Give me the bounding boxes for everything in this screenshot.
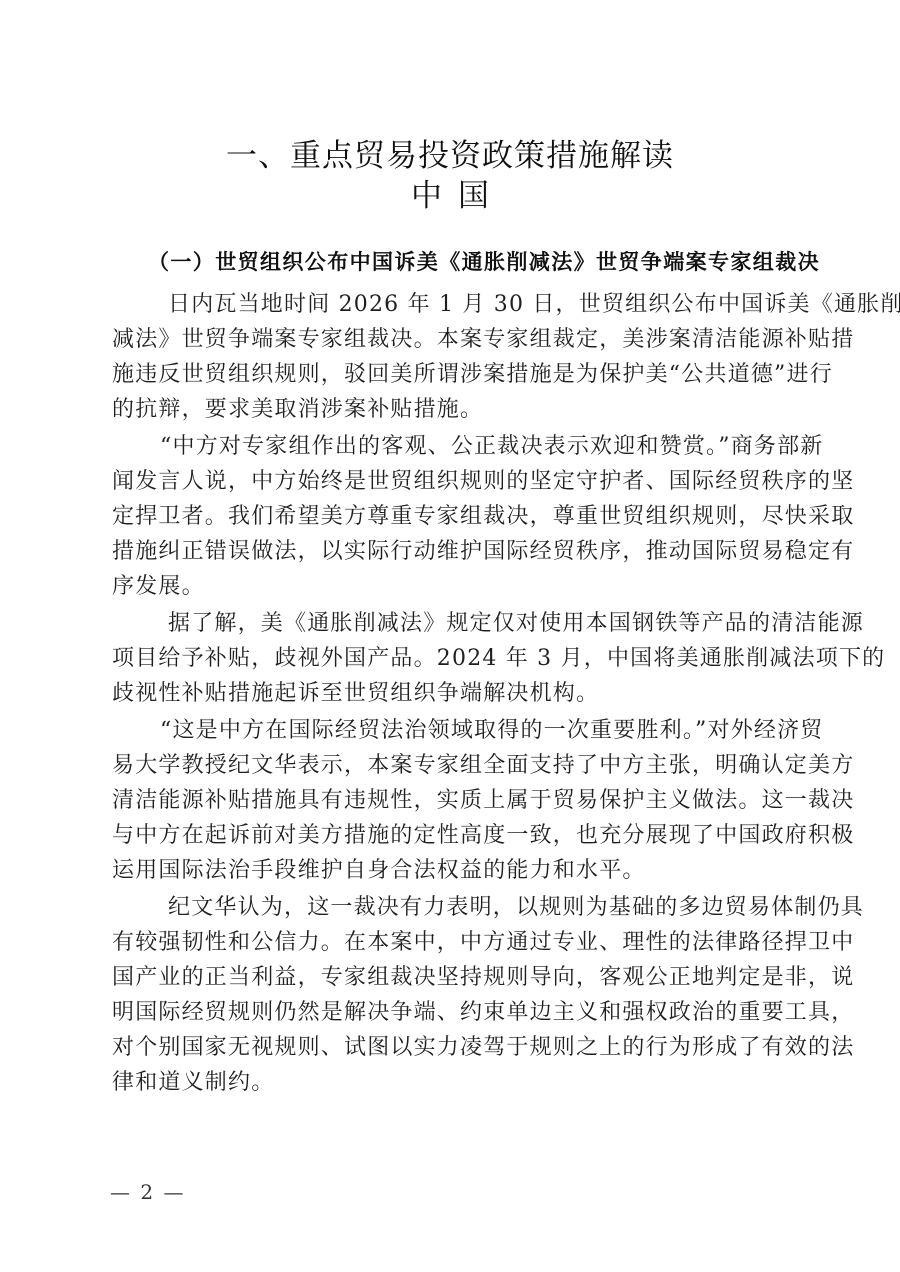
paragraph-line: 据了解，美《通胀削减法》规定仅对使用本国钢铁等产品的清洁能源 (112, 606, 802, 641)
subtitle-char: 中 (411, 178, 442, 214)
paragraph-line: 减法》世贸争端案专家组裁决。本案专家组裁定，美涉案清洁能源补贴措 (112, 322, 802, 357)
paragraph-line: 易大学教授纪文华表示，本案专家组全面支持了中方主张，明确认定美方 (112, 748, 802, 783)
paragraph-line: 施违反世贸组织规则，驳回美所谓涉案措施是为保护美“公共道德”进行 (112, 357, 802, 392)
paragraph-line: 纪文华认为，这一裁决有力表明，以规则为基础的多边贸易体制仍具 (112, 890, 802, 925)
paragraph-line: 运用国际法治手段维护自身合法权益的能力和水平。 (112, 853, 802, 888)
paragraph-line: 国产业的正当利益，专家组裁决坚持规则导向，客观公正地判定是非，说 (112, 960, 802, 995)
chapter-title: 一、重点贸易投资政策措施解读 (0, 138, 900, 174)
section-heading: （一）世贸组织公布中国诉美《通胀削减法》世贸争端案专家组裁决 (148, 247, 848, 277)
paragraph-line: 律和道义制约。 (112, 1065, 802, 1100)
paragraph-line: 日内瓦当地时间 2026 年 1 月 30 日，世贸组织公布中国诉美《通胀削 (112, 287, 802, 322)
paragraph-line: “这是中方在国际经贸法治领域取得的一次重要胜利。”对外经济贸 (112, 713, 802, 748)
paragraph-line: 的抗辩，要求美取消涉案补贴措施。 (112, 392, 802, 427)
paragraph-line: 明国际经贸规则仍然是解决争端、约束单边主义和强权政治的重要工具， (112, 995, 802, 1030)
paragraph-line: 闻发言人说，中方始终是世贸组织规则的坚定守护者、国际经贸秩序的坚 (112, 464, 802, 499)
subtitle-char: 国 (458, 178, 489, 214)
paragraph-line: 与中方在起诉前对美方措施的定性高度一致，也充分展现了中国政府积极 (112, 818, 802, 853)
paragraph-line: “中方对专家组作出的客观、公正裁决表示欢迎和赞赏。”商务部新 (112, 429, 802, 464)
document-page: 一、重点贸易投资政策措施解读 中国 （一）世贸组织公布中国诉美《通胀削减法》世贸… (0, 0, 900, 1272)
paragraph-line: 序发展。 (112, 569, 802, 604)
country-subtitle: 中国 (0, 178, 900, 214)
page-number: — 2 — (110, 1180, 185, 1204)
paragraph-line: 对个别国家无视规则、试图以实力凌驾于规则之上的行为形成了有效的法 (112, 1030, 802, 1065)
paragraph-line: 项目给予补贴，歧视外国产品。2024 年 3 月，中国将美通胀削减法项下的 (112, 641, 802, 676)
paragraph-line: 定捍卫者。我们希望美方尊重专家组裁决，尊重世贸组织规则，尽快采取 (112, 499, 802, 534)
article-body: 日内瓦当地时间 2026 年 1 月 30 日，世贸组织公布中国诉美《通胀削 减… (112, 287, 802, 1100)
paragraph-line: 措施纠正错误做法，以实际行动维护国际经贸秩序，推动国际贸易稳定有 (112, 534, 802, 569)
paragraph-line: 有较强韧性和公信力。在本案中，中方通过专业、理性的法律路径捍卫中 (112, 925, 802, 960)
paragraph-line: 清洁能源补贴措施具有违规性，实质上属于贸易保护主义做法。这一裁决 (112, 783, 802, 818)
paragraph-line: 歧视性补贴措施起诉至世贸组织争端解决机构。 (112, 676, 802, 711)
